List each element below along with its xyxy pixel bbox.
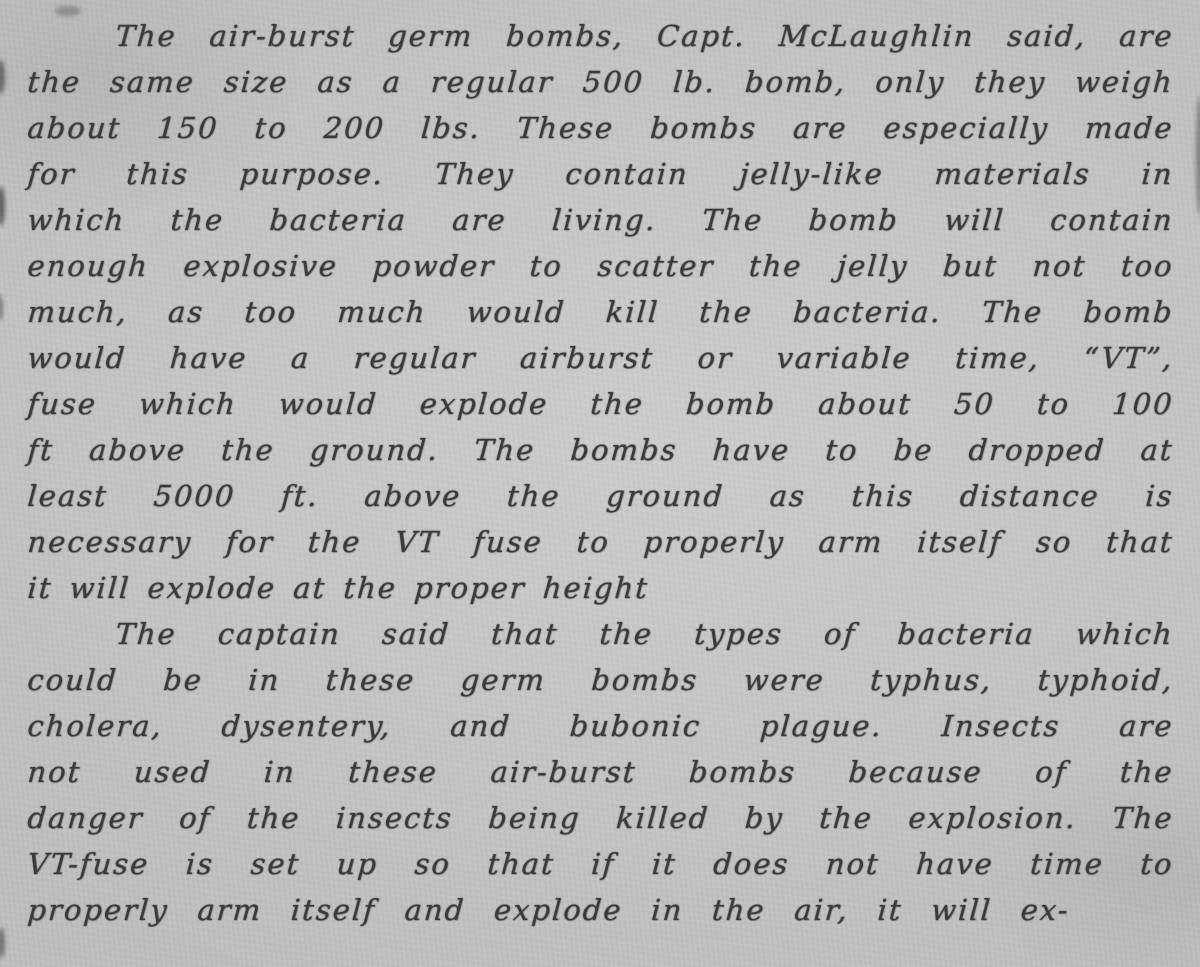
scan-smudge — [0, 295, 3, 321]
handwritten-line: cholera, dysentery, and bubonic plague. … — [26, 703, 1175, 749]
scan-smudge — [0, 60, 5, 94]
handwritten-line: least 5000 ft. above the ground as this … — [26, 473, 1175, 519]
handwritten-line: enough explosive powder to scatter the j… — [26, 243, 1175, 289]
handwritten-line: VT-fuse is set up so that if it does not… — [26, 841, 1175, 887]
handwritten-line: which the bacteria are living. The bomb … — [26, 197, 1175, 243]
handwritten-line: necessary for the VT fuse to properly ar… — [26, 519, 1175, 565]
handwritten-line: the same size as a regular 500 lb. bomb,… — [26, 59, 1175, 105]
handwritten-line-paragraph-end: it will explode at the proper height — [26, 565, 1175, 611]
handwritten-line: The captain said that the types of bacte… — [26, 611, 1175, 657]
scan-smudge — [1196, 95, 1200, 215]
handwritten-line: not used in these air-burst bombs becaus… — [26, 749, 1175, 795]
handwritten-line: ft above the ground. The bombs have to b… — [26, 427, 1175, 473]
handwritten-line: could be in these germ bombs were typhus… — [26, 657, 1175, 703]
handwritten-line: for this purpose. They contain jelly-lik… — [26, 151, 1175, 197]
handwritten-line: much, as too much would kill the bacteri… — [26, 289, 1175, 335]
handwritten-line-page-end: properly arm itself and explode in the a… — [26, 887, 1175, 933]
handwritten-line: danger of the insects being killed by th… — [26, 795, 1175, 841]
document-page: The air-burst germ bombs, Capt. McLaughl… — [0, 0, 1200, 967]
handwritten-line: about 150 to 200 lbs. These bombs are es… — [26, 105, 1175, 151]
handwritten-line: The air-burst germ bombs, Capt. McLaughl… — [26, 13, 1175, 59]
handwritten-line: would have a regular airburst or variabl… — [26, 335, 1175, 381]
scan-smudge — [0, 928, 5, 958]
handwritten-line: fuse which would explode the bomb about … — [26, 381, 1175, 427]
scan-smudge — [0, 186, 5, 226]
